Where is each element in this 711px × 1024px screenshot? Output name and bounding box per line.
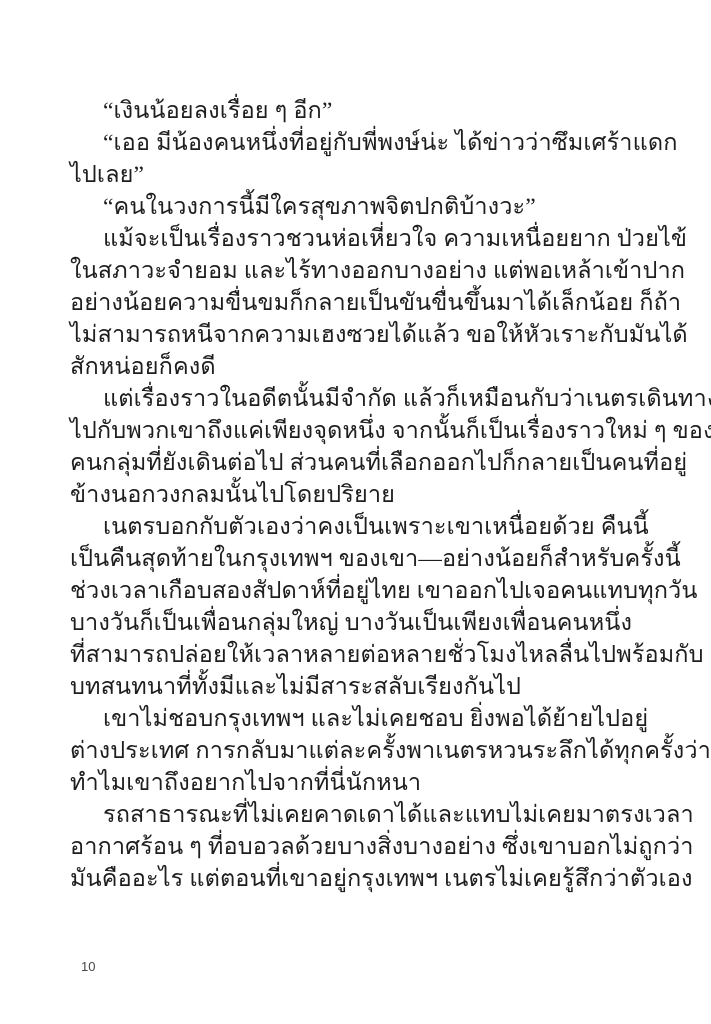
text-line: ทำไมเขาถึงอยากไปจากที่นี่นักหนา bbox=[70, 767, 660, 799]
text-line: แต่เรื่องราวในอดีตนั้นมีจำกัด แล้วก็เหมื… bbox=[70, 383, 660, 415]
text-line: เนตรบอกกับตัวเองว่าคงเป็นเพราะเขาเหนื่อย… bbox=[70, 511, 660, 543]
text-line: “เงินน้อยลงเรื่อย ๆ อีก” bbox=[70, 95, 660, 127]
text-line: ต่างประเทศ การกลับมาแต่ละครั้งพาเนตรหวนร… bbox=[70, 735, 660, 767]
text-line: อย่างน้อยความขื่นขมก็กลายเป็นขันขื่นขึ้น… bbox=[70, 287, 660, 319]
text-line: อากาศร้อน ๆ ที่อบอวลด้วยบางสิ่งบางอย่าง … bbox=[70, 831, 660, 863]
text-line: มันคืออะไร แต่ตอนที่เขาอยู่กรุงเทพฯ เนตร… bbox=[70, 863, 660, 895]
text-line: แม้จะเป็นเรื่องราวชวนห่อเหี่ยวใจ ความเหน… bbox=[70, 223, 660, 255]
text-line: เป็นคืนสุดท้ายในกรุงเทพฯ ของเขา—อย่างน้อ… bbox=[70, 543, 660, 575]
book-page: “เงินน้อยลงเรื่อย ๆ อีก”“เออ มีน้องคนหนึ… bbox=[0, 0, 711, 1024]
text-line: รถสาธารณะที่ไม่เคยคาดเดาได้และแทบไม่เคยม… bbox=[70, 799, 660, 831]
text-line: “คนในวงการนี้มีใครสุขภาพจิตปกติบ้างวะ” bbox=[70, 191, 660, 223]
text-line: ที่สามารถปล่อยให้เวลาหลายต่อหลายชั่วโมงไ… bbox=[70, 639, 660, 671]
text-line: เขาไม่ชอบกรุงเทพฯ และไม่เคยชอบ ยิ่งพอได้… bbox=[70, 703, 660, 735]
text-block: “เงินน้อยลงเรื่อย ๆ อีก”“เออ มีน้องคนหนึ… bbox=[70, 95, 660, 895]
text-line: “เออ มีน้องคนหนึ่งที่อยู่กับพี่พงษ์น่ะ ไ… bbox=[70, 127, 660, 159]
text-line: ไม่สามารถหนีจากความเฮงซวยได้แล้ว ขอให้หั… bbox=[70, 319, 660, 351]
text-line: ข้างนอกวงกลมนั้นไปโดยปริยาย bbox=[70, 479, 660, 511]
text-line: บทสนทนาที่ทั้งมีและไม่มีสาระสลับเรียงกัน… bbox=[70, 671, 660, 703]
text-line: บางวันก็เป็นเพื่อนกลุ่มใหญ่ บางวันเป็นเพ… bbox=[70, 607, 660, 639]
text-line: ช่วงเวลาเกือบสองสัปดาห์ที่อยู่ไทย เขาออก… bbox=[70, 575, 660, 607]
text-line: คนกลุ่มที่ยังเดินต่อไป ส่วนคนที่เลือกออก… bbox=[70, 447, 660, 479]
text-line: ไปเลย” bbox=[70, 159, 660, 191]
text-line: ไปกับพวกเขาถึงแค่เพียงจุดหนึ่ง จากนั้นก็… bbox=[70, 415, 660, 447]
page-number: 10 bbox=[81, 958, 95, 976]
text-line: ในสภาวะจำยอม และไร้ทางออกบางอย่าง แต่พอเ… bbox=[70, 255, 660, 287]
text-line: สักหน่อยก็คงดี bbox=[70, 351, 660, 383]
